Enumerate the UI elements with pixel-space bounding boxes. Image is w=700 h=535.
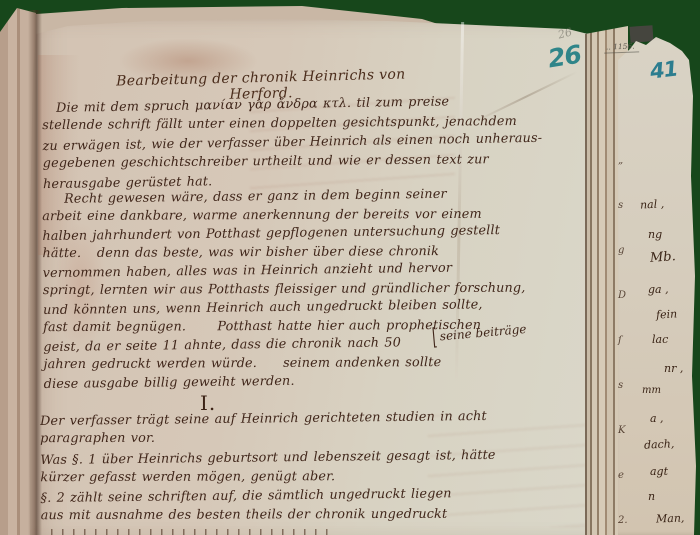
edge-fragment: nr , — [664, 362, 683, 375]
edge-mark: „ — [618, 155, 623, 166]
text-line: paragraphen vor. — [40, 432, 495, 434]
edge-mark: ſ — [618, 335, 622, 346]
edge-mark: s — [618, 380, 623, 391]
edge-fragment: ga , — [648, 283, 669, 296]
edge-fragment: dach, — [644, 437, 675, 452]
text-line: vernommen haben, alles was in Heinrich a… — [43, 262, 526, 268]
text-line: hätte. denn das beste, was wir bisher üb… — [42, 245, 525, 248]
edge-fragment: lac — [652, 333, 668, 346]
text-line: §. 2 zählt seine schriften auf, die sämt… — [41, 488, 496, 493]
edge-mark: D — [618, 290, 626, 301]
dark-tab — [629, 25, 653, 43]
page-number-blue-26: 26 — [546, 40, 583, 74]
edge-fragment: n — [648, 490, 655, 503]
manuscript-photo: 26 26 41 .. 1156. Bearbeitung der chroni… — [0, 0, 700, 535]
edge-fragment: ng — [648, 228, 662, 241]
edge-mark: e — [618, 470, 624, 481]
text-line: jahren gedruckt werden würde. seinem and… — [43, 356, 526, 359]
clipped-writing-column: „ s g D ſ s K e 2. — [618, 140, 632, 535]
text-line: arbeit eine dankbare, warme anerkennung … — [42, 208, 525, 211]
text-line: und könnten uns, wenn Heinrich auch unge… — [43, 299, 526, 305]
archival-note: .. 1156. — [604, 41, 639, 53]
paragraph-1: Die mit dem spruch μανίαν γὰρ ἄνδρα κτλ.… — [42, 96, 543, 197]
text-line: aus mit ausnahme des besten theils der c… — [41, 509, 496, 511]
edge-fragment: Man, — [656, 512, 685, 526]
text-line: herausgabe gerüstet hat. — [43, 171, 543, 179]
edge-mark: s — [618, 200, 623, 211]
edge-mark: K — [618, 425, 625, 436]
edge-fragment: a , — [650, 412, 664, 425]
edge-fragment: mm — [642, 385, 661, 396]
text-line: springt, lernten wir aus Potthasts fleis… — [43, 282, 526, 285]
text-line: fast damit begnügen. Potthast hatte hier… — [43, 319, 526, 322]
edge-fragment: agt — [650, 465, 668, 478]
text-line: stellende schrift fällt unter einen dopp… — [42, 116, 542, 120]
text-line: halben jahrhundert von Potthast gepfloge… — [42, 225, 525, 231]
text-line: Was §. 1 über Heinrichs geburtsort und l… — [40, 449, 495, 454]
paragraph-2: Recht gewesen wäre, dass er ganz in dem … — [42, 189, 526, 397]
text-line: diese ausgabe billig geweiht werden. — [44, 373, 527, 379]
page-number-blue-41: 41 — [649, 56, 679, 83]
paragraph-3: Der verfasser trägt seine auf Heinrich g… — [40, 412, 496, 531]
text-line: kürzer gefasst werden mögen, genügt aber… — [40, 471, 495, 473]
edge-fragment: Mb. — [650, 249, 677, 266]
edge-fragment: fein — [656, 307, 678, 321]
text-line: zu erwägen ist, wie der verfasser über H… — [42, 133, 542, 141]
edge-mark: g — [618, 245, 624, 256]
edge-fragment: nal , — [640, 197, 665, 211]
edge-mark: 2. — [618, 515, 628, 526]
clipped-line-strokes — [46, 529, 336, 535]
text-line: gegebenen geschichtschreiber urtheilt un… — [43, 154, 543, 158]
